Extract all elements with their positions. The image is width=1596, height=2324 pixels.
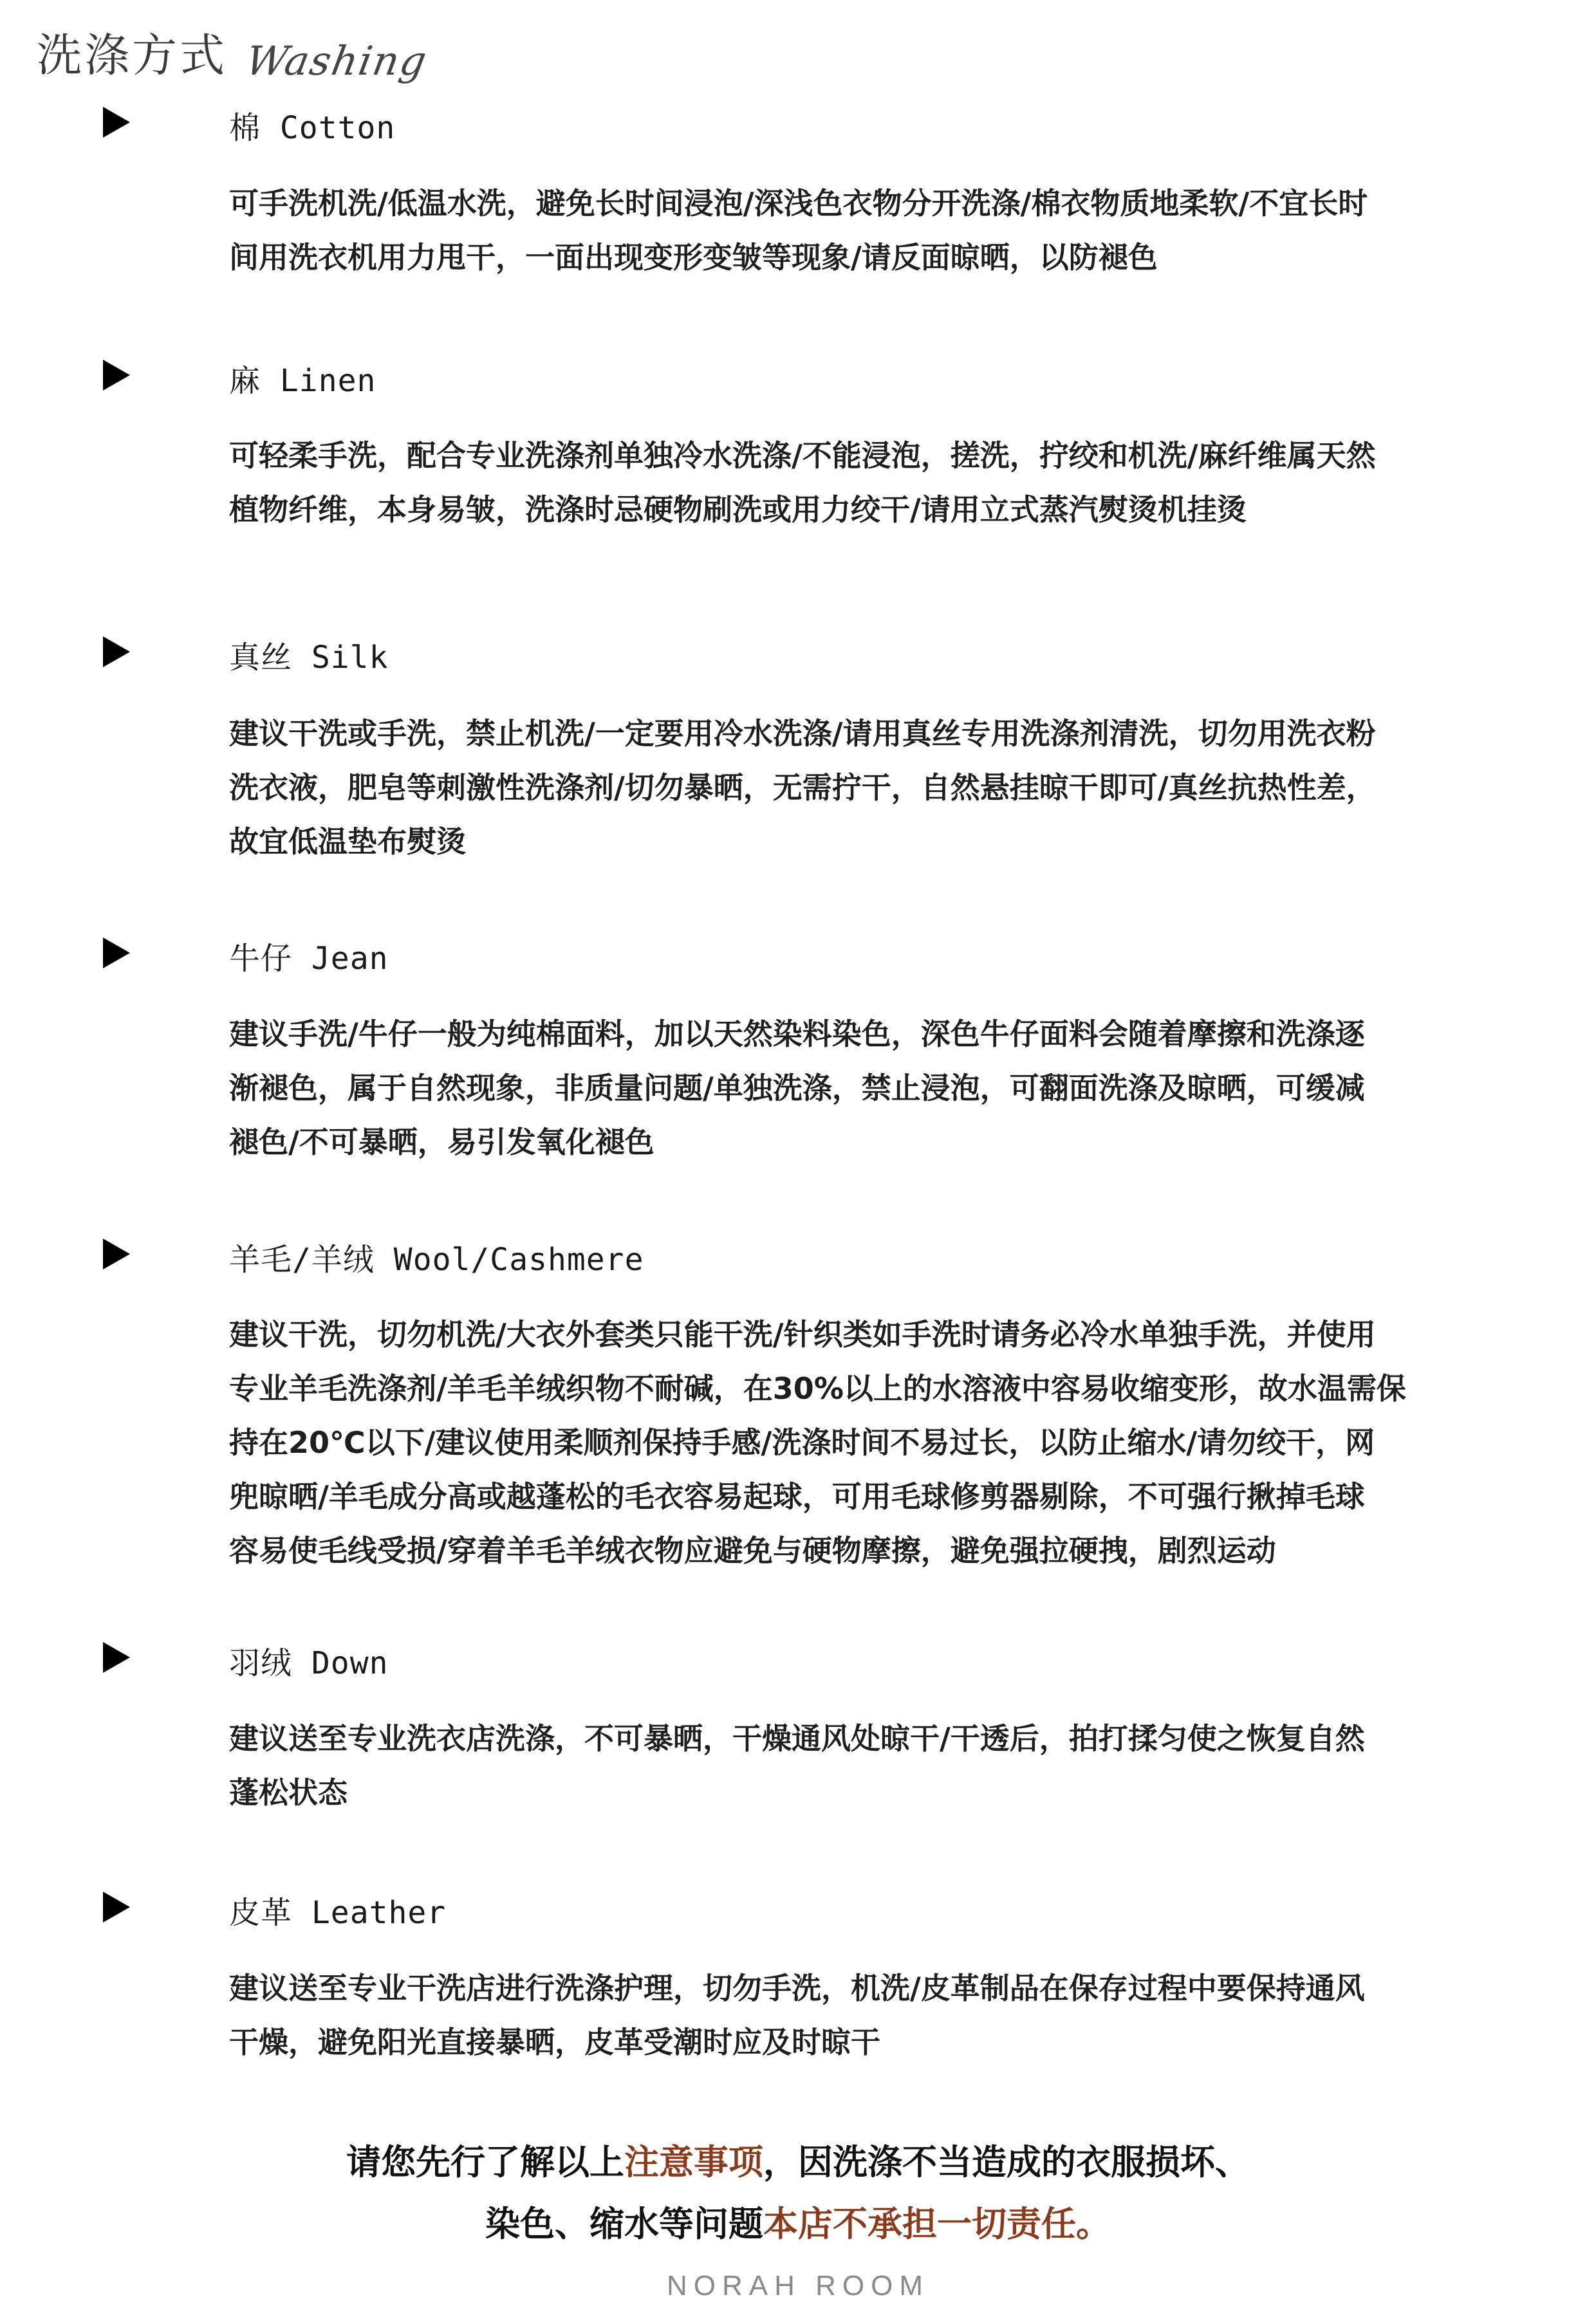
section-heading: 羊毛/羊绒 Wool/Cashmere <box>229 1235 644 1279</box>
notice-highlight: 注意事项 <box>624 2142 763 2182</box>
body-line: 容易使毛线受损/穿着羊毛羊绒衣物应避免与硬物摩擦，避免强拉硬拽，剧烈运动 <box>229 1524 1439 1578</box>
body-line: 持在20℃以下/建议使用柔顺剂保持手感/洗涤时间不易过长，以防止缩水/请勿绞干，… <box>229 1416 1439 1470</box>
page-title: 洗涤方式 Washing <box>37 19 427 84</box>
body-line: 建议干洗，切勿机洗/大衣外套类只能干洗/针织类如手洗时请务必冷水单独手洗，并使用 <box>229 1307 1439 1361</box>
arrow-right-icon <box>103 1892 130 1923</box>
body-line: 蓬松状态 <box>229 1766 1439 1820</box>
notice-highlight: 本店不承担一切责任。 <box>763 2204 1111 2244</box>
notice-line-1: 请您先行了解以上注意事项，因洗涤不当造成的衣服损坏、 <box>0 2135 1596 2184</box>
body-line: 植物纤维，本身易皱，洗涤时忌硬物刷洗或用力绞干/请用立式蒸汽熨烫机挂烫 <box>229 483 1439 537</box>
section-heading: 麻 Linen <box>229 356 376 400</box>
body-line: 故宜低温垫布熨烫 <box>229 815 1439 869</box>
body-line: 渐褪色，属于自然现象，非质量问题/单独洗涤，禁止浸泡，可翻面洗涤及晾晒，可缓减 <box>229 1061 1439 1115</box>
body-line: 专业羊毛洗涤剂/羊毛羊绒织物不耐碱，在30%以上的水溶液中容易收缩变形，故水温需… <box>229 1361 1439 1416</box>
body-line: 可轻柔手洗，配合专业洗涤剂单独冷水洗涤/不能浸泡，搓洗，拧绞和机洗/麻纤维属天然 <box>229 429 1439 483</box>
arrow-right-icon <box>103 360 130 391</box>
body-line: 建议送至专业干洗店进行洗涤护理，切勿手洗，机洗/皮革制品在保存过程中要保持通风 <box>229 1961 1439 2015</box>
arrow-right-icon <box>103 1239 130 1269</box>
title-chinese: 洗涤方式 <box>37 19 227 84</box>
section-heading: 牛仔 Jean <box>229 934 389 978</box>
section-heading: 皮革 Leather <box>229 1888 446 1932</box>
notice-text: 请您先行了解以上 <box>346 2142 624 2182</box>
notice-text: 染色、缩水等问题 <box>485 2204 763 2244</box>
body-line: 兜晾晒/羊毛成分高或越蓬松的毛衣容易起球，可用毛球修剪器剔除，不可强行揪掉毛球 <box>229 1470 1439 1524</box>
section-heading: 真丝 Silk <box>229 632 389 677</box>
section-heading: 棉 Cotton <box>229 103 395 147</box>
section-body: 建议送至专业干洗店进行洗涤护理，切勿手洗，机洗/皮革制品在保存过程中要保持通风 … <box>229 1961 1439 2069</box>
body-line: 褪色/不可暴晒，易引发氧化褪色 <box>229 1115 1439 1169</box>
section-body: 建议干洗或手洗，禁止机洗/一定要用冷水洗涤/请用真丝专用洗涤剂清洗，切勿用洗衣粉… <box>229 706 1439 869</box>
body-line: 建议干洗或手洗，禁止机洗/一定要用冷水洗涤/请用真丝专用洗涤剂清洗，切勿用洗衣粉 <box>229 706 1439 761</box>
body-line: 建议手洗/牛仔一般为纯棉面料，加以天然染料染色，深色牛仔面料会随着摩擦和洗涤逐 <box>229 1007 1439 1061</box>
body-line: 间用洗衣机用力甩干，一面出现变形变皱等现象/请反面晾晒，以防褪色 <box>229 230 1439 284</box>
body-line: 洗衣液，肥皂等刺激性洗涤剂/切勿暴晒，无需拧干，自然悬挂晾干即可/真丝抗热性差， <box>229 761 1439 815</box>
section-body: 可手洗机洗/低温水洗，避免长时间浸泡/深浅色衣物分开洗涤/棉衣物质地柔软/不宜长… <box>229 176 1439 284</box>
section-body: 建议干洗，切勿机洗/大衣外套类只能干洗/针织类如手洗时请务必冷水单独手洗，并使用… <box>229 1307 1439 1578</box>
notice-text: ，因洗涤不当造成的衣服损坏、 <box>763 2142 1250 2182</box>
brand-name: NORAH ROOM <box>0 2270 1596 2302</box>
body-line: 干燥，避免阳光直接暴晒，皮革受潮时应及时晾干 <box>229 2015 1439 2069</box>
title-english: Washing <box>243 37 431 84</box>
body-line: 可手洗机洗/低温水洗，避免长时间浸泡/深浅色衣物分开洗涤/棉衣物质地柔软/不宜长… <box>229 176 1439 230</box>
arrow-right-icon <box>103 1642 130 1673</box>
section-heading: 羽绒 Down <box>229 1638 389 1683</box>
notice-line-2: 染色、缩水等问题本店不承担一切责任。 <box>0 2197 1596 2246</box>
arrow-right-icon <box>103 937 130 968</box>
section-body: 建议送至专业洗衣店洗涤，不可暴晒，干燥通风处晾干/干透后，拍打揉匀使之恢复自然 … <box>229 1711 1439 1820</box>
arrow-right-icon <box>103 636 130 667</box>
section-body: 可轻柔手洗，配合专业洗涤剂单独冷水洗涤/不能浸泡，搓洗，拧绞和机洗/麻纤维属天然… <box>229 429 1439 537</box>
section-body: 建议手洗/牛仔一般为纯棉面料，加以天然染料染色，深色牛仔面料会随着摩擦和洗涤逐 … <box>229 1007 1439 1169</box>
body-line: 建议送至专业洗衣店洗涤，不可暴晒，干燥通风处晾干/干透后，拍打揉匀使之恢复自然 <box>229 1711 1439 1766</box>
arrow-right-icon <box>103 107 130 138</box>
